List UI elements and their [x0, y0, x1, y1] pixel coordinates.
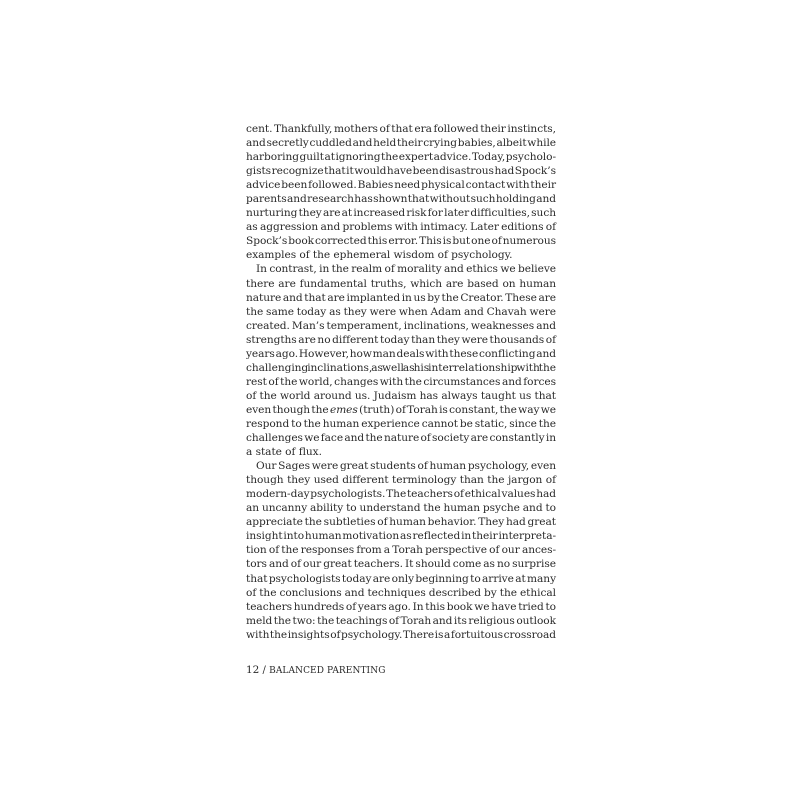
text-line: examples of the ephemeral wisdom of psyc… [246, 248, 556, 262]
text-line: appreciate the subtleties of human behav… [246, 515, 556, 529]
footer-separator: / [259, 665, 269, 676]
text-line: harboring guilt at ignoring the expert a… [246, 150, 556, 164]
text-line: a state of flux. [246, 445, 556, 459]
text-line: advice been followed. Babies need physic… [246, 178, 556, 192]
text-line: teachers hundreds of years ago. In this … [246, 600, 556, 614]
text-line: strengths are no different today than th… [246, 333, 556, 347]
text-line: Our Sages were great students of human p… [246, 459, 556, 473]
text-line: modern-day psychologists. The teachers o… [246, 487, 556, 501]
text-line: gists recognize that it would have been … [246, 164, 556, 178]
body-text: cent. Thankfully, mothers of that era fo… [246, 122, 556, 642]
text-line: even though the emes (truth) of Torah is… [246, 403, 556, 417]
paragraph-3: Our Sages were great students of human p… [246, 459, 556, 642]
text-run: (truth) of Torah is constant, the way we [358, 404, 556, 416]
text-line: respond to the human experience cannot b… [246, 417, 556, 431]
text-line: years ago. However, how man deals with t… [246, 347, 556, 361]
text-line: an uncanny ability to understand the hum… [246, 501, 556, 515]
text-line: as aggression and problems with intimacy… [246, 220, 556, 234]
text-line: insight into human motivation as reflect… [246, 529, 556, 543]
text-line: of the conclusions and techniques descri… [246, 586, 556, 600]
text-line: parents and research has shown that with… [246, 192, 556, 206]
text-line: created. Man’s temperament, inclinations… [246, 319, 556, 333]
book-page: cent. Thankfully, mothers of that era fo… [0, 0, 800, 800]
text-line: rest of the world, changes with the circ… [246, 375, 556, 389]
text-run: even though the [246, 404, 330, 416]
page-number: 12 [246, 664, 259, 676]
text-line: of the world around us. Judaism has alwa… [246, 389, 556, 403]
paragraph-1: cent. Thankfully, mothers of that era fo… [246, 122, 556, 262]
text-line: nature and that are implanted in us by t… [246, 291, 556, 305]
text-line: tors and of our great teachers. It shoul… [246, 557, 556, 571]
running-head: Balanced Parenting [269, 666, 385, 676]
text-line: and secretly cuddled and held their cryi… [246, 136, 556, 150]
text-line: the same today as they were when Adam an… [246, 305, 556, 319]
text-line: with the insights of psychology. There i… [246, 628, 556, 642]
text-line: nurturing they are at increased risk for… [246, 206, 556, 220]
italic-term-emes: emes [330, 404, 358, 416]
text-line: though they used different terminology t… [246, 473, 556, 487]
paragraph-2: In contrast, in the realm of morality an… [246, 262, 556, 459]
text-line: Spock’s book corrected this error. This … [246, 234, 556, 248]
page-footer: 12 / Balanced Parenting [246, 664, 385, 676]
text-line: challenging inclinations, as well as his… [246, 361, 556, 375]
text-line: meld the two: the teachings of Torah and… [246, 614, 556, 628]
text-line: In contrast, in the realm of morality an… [246, 262, 556, 276]
text-line: cent. Thankfully, mothers of that era fo… [246, 122, 556, 136]
text-line: there are fundamental truths, which are … [246, 277, 556, 291]
text-line: that psychologists today are only beginn… [246, 572, 556, 586]
text-line: challenges we face and the nature of soc… [246, 431, 556, 445]
text-line: tion of the responses from a Torah persp… [246, 543, 556, 557]
